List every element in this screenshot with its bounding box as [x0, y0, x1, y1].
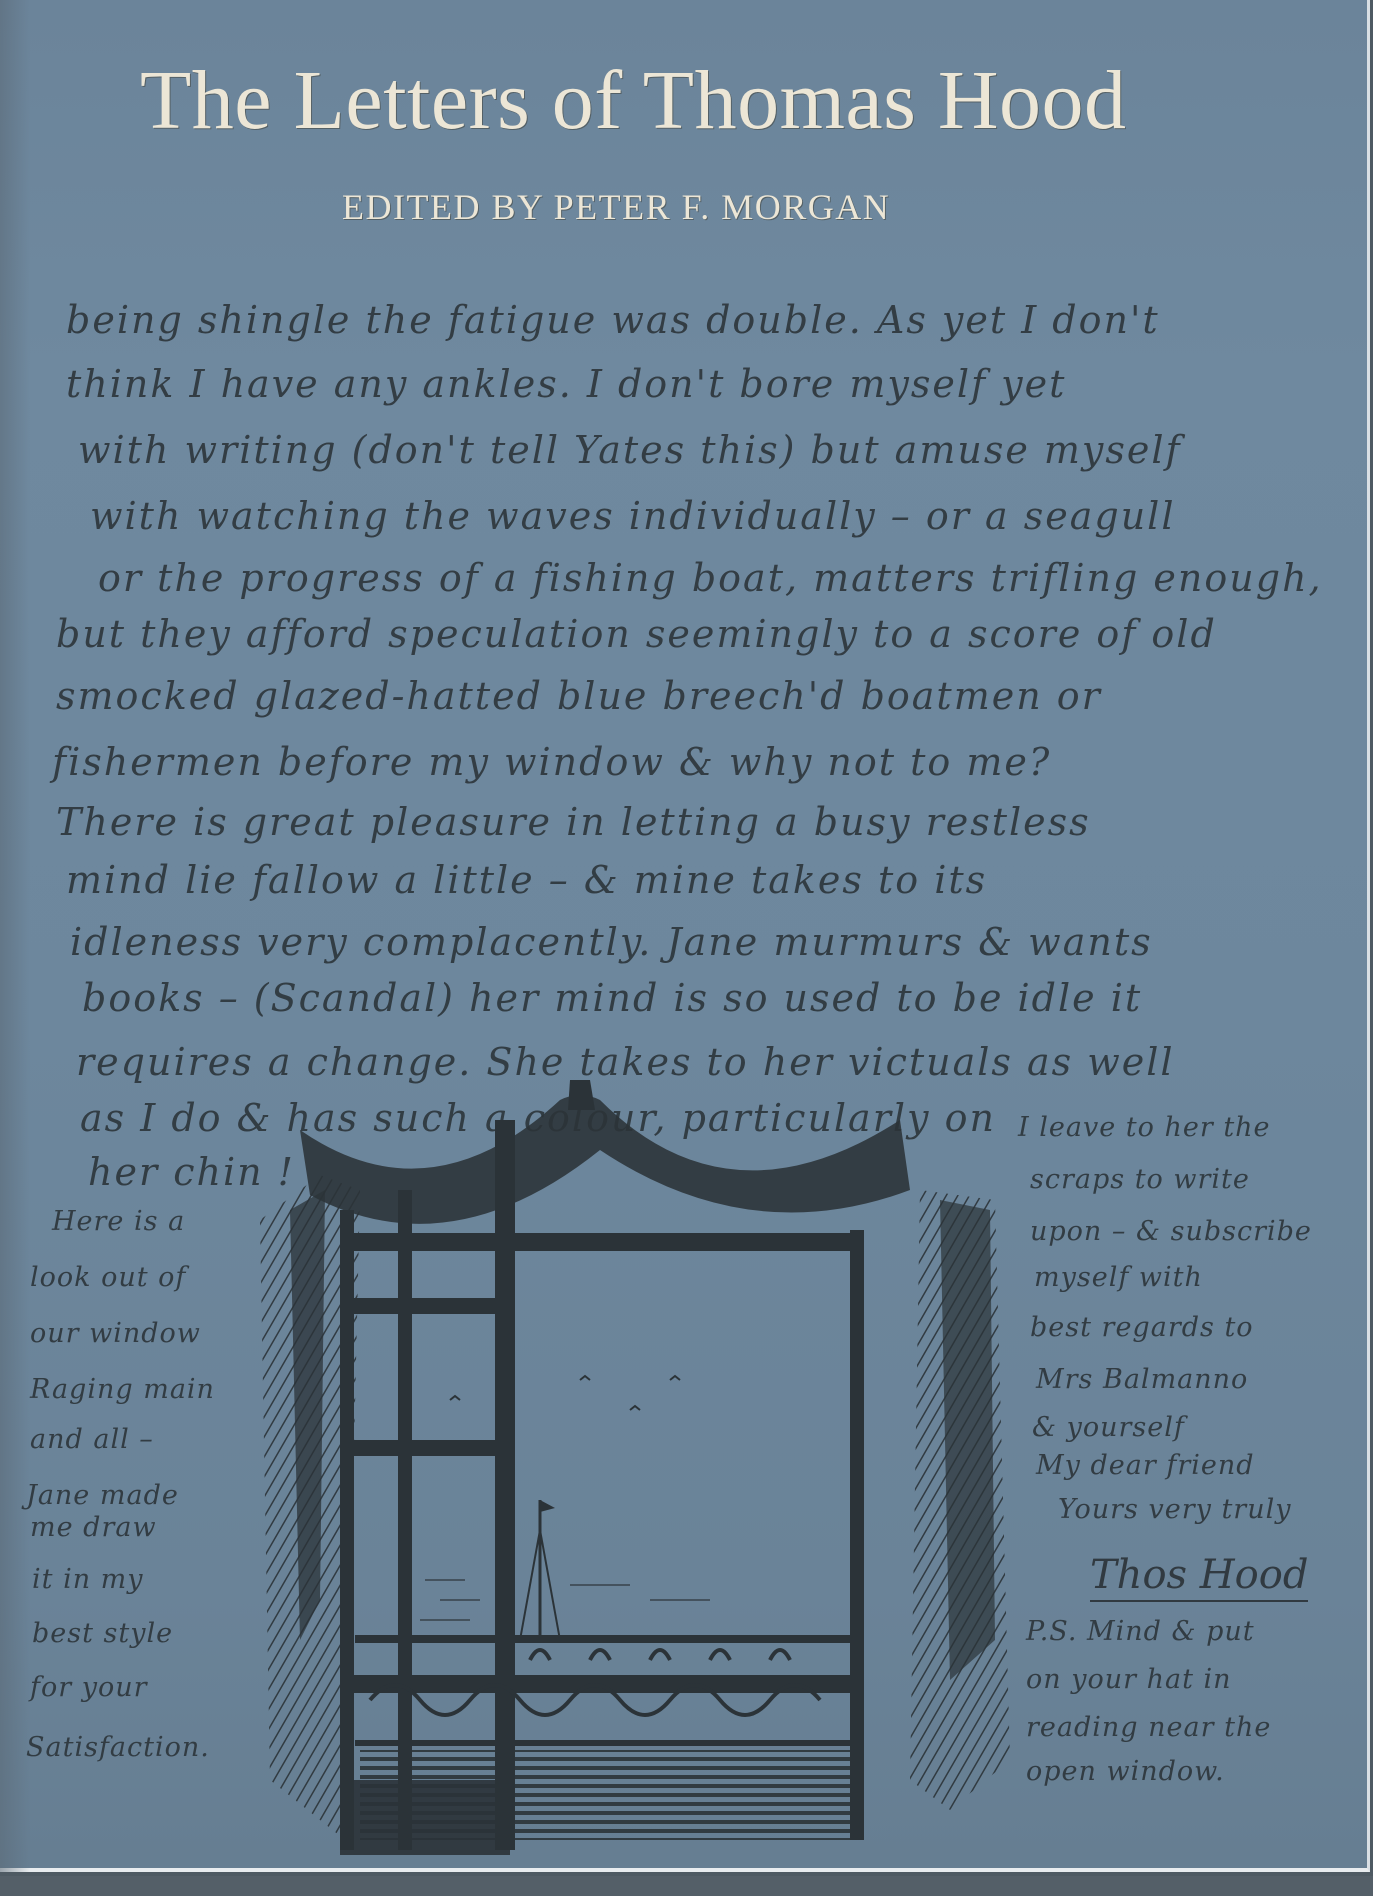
- letter-line: with watching the waves individually – o…: [90, 494, 1176, 538]
- letter-line: smocked glazed-hatted blue breech'd boat…: [56, 674, 1102, 718]
- margin-line: Yours very truly: [1058, 1494, 1291, 1525]
- margin-line: our window: [30, 1318, 201, 1349]
- margin-line: Mrs Balmanno: [1036, 1364, 1248, 1395]
- margin-line: & yourself: [1032, 1412, 1185, 1443]
- letter-line: idleness very complacently. Jane murmurs…: [70, 920, 1153, 964]
- postscript-line: reading near the: [1026, 1712, 1271, 1743]
- margin-line: it in my: [32, 1564, 144, 1595]
- margin-line: for your: [30, 1672, 148, 1703]
- margin-line: best regards to: [1030, 1312, 1254, 1343]
- margin-line: upon – & subscribe: [1030, 1216, 1312, 1247]
- postscript-line: P.S. Mind & put: [1026, 1616, 1255, 1647]
- letter-line: requires a change. She takes to her vict…: [76, 1040, 1175, 1084]
- signature: Thos Hood: [1090, 1552, 1308, 1602]
- margin-line: me draw: [30, 1512, 157, 1543]
- letter-line: or the progress of a fishing boat, matte…: [98, 556, 1323, 600]
- letter-line: but they afford speculation seemingly to…: [56, 612, 1217, 656]
- letter-line: fishermen before my window & why not to …: [52, 740, 1051, 784]
- margin-line: My dear friend: [1036, 1450, 1255, 1481]
- scan-background-strip: [0, 1876, 1373, 1896]
- book-title: The Letters of Thomas Hood: [140, 52, 1240, 149]
- margin-line: Here is a: [52, 1206, 185, 1237]
- margin-line: I leave to her the: [1018, 1112, 1271, 1143]
- margin-line: Satisfaction.: [26, 1732, 210, 1763]
- margin-line: Raging main: [30, 1374, 215, 1405]
- margin-line: best style: [32, 1618, 173, 1649]
- editor-credit: EDITED BY PETER F. MORGAN: [342, 186, 1082, 228]
- book-cover: The Letters of Thomas Hood EDITED BY PET…: [0, 0, 1370, 1872]
- postscript-line: open window.: [1026, 1756, 1225, 1787]
- margin-line: scraps to write: [1030, 1164, 1250, 1195]
- letter-line: with writing (don't tell Yates this) but…: [78, 428, 1182, 472]
- letter-line: books – (Scandal) her mind is so used to…: [82, 976, 1142, 1020]
- letter-line: think I have any ankles. I don't bore my…: [66, 362, 1066, 406]
- margin-line: and all –: [30, 1424, 154, 1455]
- cover-edge-shade: [0, 0, 30, 1872]
- margin-line: Jane made: [26, 1480, 179, 1511]
- letter-line: mind lie fallow a little – & mine takes …: [66, 858, 987, 902]
- window-sketch-illustration: [250, 1080, 1020, 1870]
- margin-line: myself with: [1034, 1262, 1203, 1293]
- postscript-line: on your hat in: [1026, 1664, 1232, 1695]
- letter-line: There is great pleasure in letting a bus…: [56, 800, 1091, 844]
- letter-line: being shingle the fatigue was double. As…: [66, 298, 1160, 342]
- margin-line: look out of: [30, 1262, 186, 1293]
